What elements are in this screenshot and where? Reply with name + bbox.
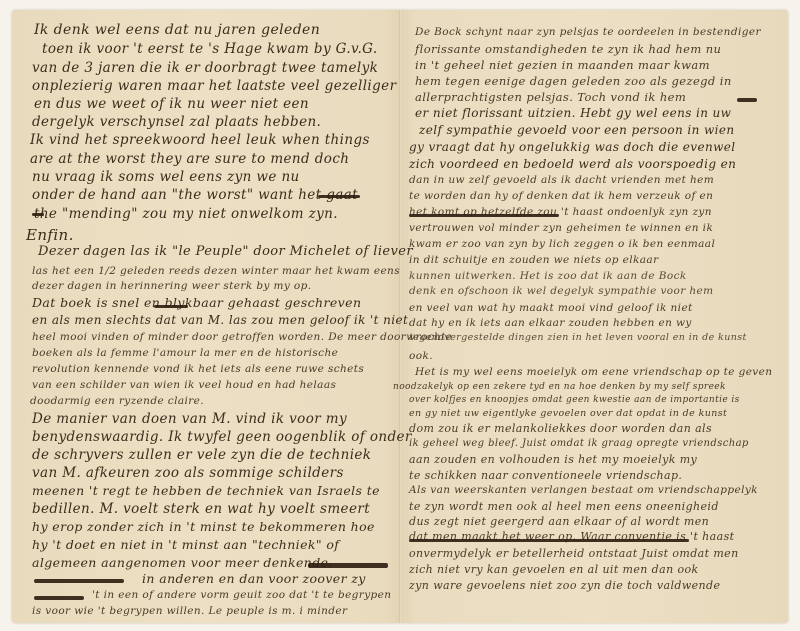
handwritten-line: Enfin.: [26, 226, 74, 244]
handwritten-line: heel mooi vinden of minder door getroffe…: [32, 331, 452, 343]
handwritten-line: Ik denk wel eens dat nu jaren geleden: [34, 22, 320, 38]
handwritten-line: dus zegt niet geergerd aan elkaar of al …: [409, 515, 709, 528]
handwritten-line: boeken als la femme l'amour la mer en de…: [32, 347, 338, 359]
handwritten-line: ook.: [409, 350, 433, 362]
handwritten-line: onder de hand aan "the worst" want het g…: [32, 187, 358, 203]
crossed-out-word: [308, 563, 388, 568]
handwritten-line: is voor wie 't begrypen willen. Le peupl…: [32, 605, 347, 617]
handwritten-line: De manier van doen van M. vind ik voor m…: [32, 411, 347, 427]
handwritten-line: tegenovergestelde dingen zien in het lev…: [409, 332, 747, 343]
crossed-out-word: [409, 214, 559, 217]
crossed-out-word: [34, 596, 84, 600]
handwritten-line: kunnen uitwerken. Het is zoo dat ik aan …: [409, 270, 687, 282]
handwritten-line: benydenswaardig. Ik twyfel geen oogenbli…: [32, 429, 412, 445]
crossed-out-word: [737, 98, 757, 102]
handwritten-line: bedillen. M. voelt sterk en wat hy voelt…: [32, 501, 370, 517]
handwritten-line: te schikken naar conventioneele vriendsc…: [409, 469, 682, 482]
handwritten-line: aan zouden en volhouden is het my moeiel…: [409, 453, 697, 466]
handwritten-line: florissante omstandigheden te zyn ik had…: [415, 42, 721, 56]
crossed-out-word: [34, 579, 124, 583]
handwritten-line: dom zou ik er melankoliekkes door worden…: [409, 422, 712, 435]
handwritten-line: las het een 1/2 geleden reeds dezen wint…: [32, 265, 400, 277]
handwritten-line: in anderen en dan voor zoover zy: [142, 571, 366, 586]
handwritten-line: Ik vind het spreekwoord heel leuk when t…: [30, 132, 370, 148]
handwritten-line: en veel van wat hy maakt mooi vind geloo…: [409, 302, 693, 314]
letter-paper: Ik denk wel eens dat nu jaren geleden to…: [12, 10, 788, 623]
handwritten-line: dergelyk verschynsel zal plaats hebben.: [32, 114, 321, 130]
handwritten-line: kwam er zoo van zyn by lich zeggen o ik …: [409, 238, 715, 250]
handwritten-line: en als men slechts dat van M. las zou me…: [32, 313, 408, 327]
handwritten-line: zyn ware gevoelens niet zoo zyn die toch…: [409, 579, 720, 592]
handwritten-line: gy vraagt dat hy ongelukkig was doch die…: [409, 140, 736, 154]
handwritten-line: van een schilder van wien ik veel houd e…: [32, 379, 336, 391]
handwritten-line: ik geheel weg bleef. Juist omdat ik graa…: [409, 438, 749, 449]
handwritten-line: Dezer dagen las ik "le Peuple" door Mich…: [38, 244, 413, 259]
handwritten-line: zelf sympathie gevoeld voor een persoon …: [419, 123, 735, 137]
crossed-out-word: [32, 213, 44, 216]
handwritten-line: algemeen aangenomen voor meer denkende.: [32, 555, 333, 570]
handwritten-line: allerprachtigsten pelsjas. Toch vond ik …: [415, 90, 686, 104]
handwritten-line: nu vraag ik soms wel eens zyn we nu: [32, 169, 300, 185]
handwritten-line: van M. afkeuren zoo als sommige schilder…: [32, 465, 344, 481]
handwritten-line: dat hy en ik iets aan elkaar zouden hebb…: [409, 317, 692, 329]
handwritten-line: Als van weerskanten verlangen bestaat om…: [409, 484, 758, 496]
handwritten-line: doodarmig een ryzende claire.: [30, 395, 204, 407]
handwritten-line: over kolfjes en knoopjes omdat geen kwes…: [409, 395, 740, 405]
handwritten-line: in dit schuitje en zouden we niets op el…: [409, 254, 659, 266]
handwritten-line: dezer dagen in herinnering weer sterk by…: [32, 280, 312, 292]
handwritten-line: en gy niet uw eigentlyke gevoelen over d…: [409, 408, 727, 419]
handwritten-line: hy erop zonder zich in 't minst te bekom…: [32, 519, 375, 534]
handwritten-line: van de 3 jaren die ik er doorbragt twee …: [32, 60, 378, 76]
handwritten-line: vertrouwen vol minder zyn geheimen te wi…: [409, 222, 713, 234]
handwritten-line: toen ik voor 't eerst te 's Hage kwam by…: [42, 41, 378, 57]
handwritten-line: the "mending" zou my niet onwelkom zyn.: [34, 206, 338, 222]
handwritten-line: te worden dan hy of denken dat ik hem ve…: [409, 190, 713, 202]
handwritten-line: onplezierig waren maar het laatste veel …: [32, 78, 396, 94]
crossed-out-word: [409, 539, 689, 542]
crossed-out-word: [318, 195, 360, 198]
handwritten-line: er niet florissant uitzien. Hebt gy wel …: [415, 106, 731, 120]
handwritten-line: hem tegen eenige dagen geleden zoo als g…: [415, 74, 732, 88]
left-page: Ik denk wel eens dat nu jaren geleden to…: [12, 10, 400, 623]
handwritten-line: are at the worst they are sure to mend d…: [30, 151, 349, 167]
handwritten-line: noodzakelyk op een zekere tyd en na hoe …: [393, 382, 726, 392]
handwritten-line: revolution kennende vond ik het iets als…: [32, 363, 364, 375]
handwritten-line: in 't geheel niet gezien in maanden maar…: [415, 58, 710, 72]
handwritten-line: De Bock schynt naar zyn pelsjas te oorde…: [415, 26, 761, 38]
handwritten-line: te zyn wordt men ook al heel men eens on…: [409, 500, 719, 513]
handwritten-line: hy 't doet en niet in 't minst aan "tech…: [32, 537, 339, 552]
crossed-out-word: [154, 305, 188, 308]
handwritten-line: 't in een of andere vorm geuit zoo dat '…: [92, 589, 391, 601]
handwritten-line: de schryvers zullen er vele zyn die de t…: [32, 447, 371, 463]
right-page: De Bock schynt naar zyn pelsjas te oorde…: [401, 10, 788, 623]
handwritten-line: dan in uw zelf gevoeld als ik dacht vrie…: [409, 174, 714, 186]
handwritten-line: zich voordeed en bedoeld werd als voorsp…: [409, 157, 736, 171]
handwritten-line: Dat boek is snel en blykbaar gehaast ges…: [32, 295, 361, 310]
handwritten-line: onvermydelyk er betellerheid ontstaat Ju…: [409, 547, 739, 560]
handwritten-line: meenen 't regt te hebben de techniek van…: [32, 483, 380, 498]
handwritten-line: en dus we weet of ik nu weer niet een: [34, 96, 309, 112]
handwritten-line: Het is my wel eens moeielyk om eene vrie…: [415, 366, 772, 378]
handwritten-line: denk en ofschoon ik wel degelyk sympathi…: [409, 285, 714, 297]
handwritten-line: zich niet vry kan gevoelen en al uit men…: [409, 563, 699, 576]
